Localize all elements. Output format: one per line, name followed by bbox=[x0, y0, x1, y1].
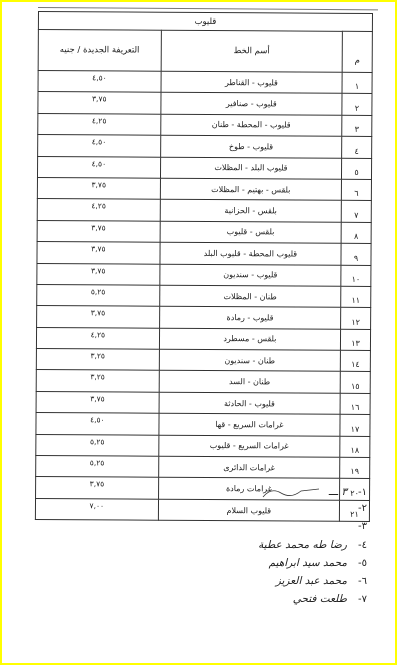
line-name: بلقس - مسطرد bbox=[159, 328, 341, 350]
column-header-line-name: أسم الخط bbox=[161, 30, 343, 72]
row-number: ٤ bbox=[342, 136, 372, 158]
row-number: ٧ bbox=[341, 201, 371, 223]
fare-value: ٣,٧٥ bbox=[36, 391, 159, 413]
signature-number: ٦- bbox=[353, 576, 367, 587]
table-row: ١قليوب - القناطر٤,٥٠ bbox=[38, 70, 372, 93]
line-name: غرامات الدائرى bbox=[158, 456, 340, 478]
signature-scribble-icon bbox=[261, 485, 321, 499]
row-number: ١٢ bbox=[341, 308, 371, 330]
fare-value: ٤,٢٥ bbox=[38, 113, 161, 135]
handwritten-signature: طلعت فتحي bbox=[293, 593, 347, 605]
table-row: ٤قليوب - طوخ٤,٥٠ bbox=[38, 135, 372, 158]
signature-line: ١-٣ ـــ bbox=[167, 485, 367, 503]
row-number: ٩ bbox=[341, 243, 371, 265]
row-number: ١٩ bbox=[340, 457, 370, 479]
row-number: ١ bbox=[342, 72, 372, 94]
table-row: ١٨غرامات السريع - قليوب٥,٢٥ bbox=[36, 434, 370, 457]
line-name: قليوب - رمادة bbox=[159, 306, 341, 328]
fare-value: ٥,٢٥ bbox=[37, 284, 160, 306]
row-number: ٣ bbox=[342, 115, 372, 137]
row-number: ٢ bbox=[342, 94, 372, 116]
handwritten-signature: ٣ ـــ bbox=[329, 486, 347, 498]
fare-value: ٣,٢٥ bbox=[36, 349, 159, 371]
line-name: بلقس - الحزانية bbox=[160, 200, 342, 222]
signature-number: ٧- bbox=[353, 594, 367, 605]
line-name: قليوب - القناطر bbox=[161, 71, 343, 93]
column-header-number: م bbox=[342, 31, 372, 72]
line-name: قليوب - الحادثة bbox=[159, 392, 341, 414]
table-row: ٧بلقس - الحزانية٤,٢٥ bbox=[37, 199, 371, 222]
fare-value: ٣,٧٥ bbox=[37, 177, 160, 199]
line-name: بلقس - بهتيم - المظلات bbox=[160, 178, 342, 200]
fare-value: ٥,٢٥ bbox=[36, 455, 159, 477]
row-number: ١١ bbox=[341, 286, 371, 308]
signature-number: ٣- bbox=[353, 521, 367, 532]
line-name: قليوب - صنافير bbox=[161, 93, 343, 115]
table-row: ١٢قليوب - رمادة٣,٧٥ bbox=[37, 306, 371, 329]
fare-value: ٤,٥٠ bbox=[38, 70, 161, 92]
fare-value: ٤,٢٥ bbox=[37, 199, 160, 221]
line-name: غرامات السريع - قها bbox=[159, 413, 341, 435]
fare-value: ٣,٧٥ bbox=[38, 92, 161, 114]
row-number: ١٤ bbox=[340, 350, 370, 372]
table-title: قليوب bbox=[38, 11, 372, 31]
column-header-new-fare: التعريفة الجديدة / جنيه bbox=[38, 29, 161, 71]
fare-value: ٣,٧٥ bbox=[37, 263, 160, 285]
table-row: ٨بلقس - قليوب٣,٧٥ bbox=[37, 220, 371, 243]
table-row: ٥قليوب البلد - المظلات٤,٥٠ bbox=[37, 156, 371, 179]
signature-number: ٢- bbox=[353, 503, 367, 514]
line-name: طنان - سنديون bbox=[159, 349, 341, 371]
row-number: ٦ bbox=[341, 179, 371, 201]
row-number: ٥ bbox=[342, 158, 372, 180]
fare-table: قليوب م أسم الخط التعريفة الجديدة / جنيه… bbox=[35, 11, 373, 522]
fare-value: ٤,٥٠ bbox=[38, 135, 161, 157]
row-number: ١٠ bbox=[341, 265, 371, 287]
row-number: ١٨ bbox=[340, 436, 370, 458]
line-name: طنان - المظلات bbox=[159, 285, 341, 307]
table-row: ٢قليوب - صنافير٣,٧٥ bbox=[38, 92, 372, 115]
fare-value: ٤,٢٥ bbox=[36, 327, 159, 349]
fare-value: ٧,٠٠ bbox=[35, 498, 158, 520]
fare-value: ٥,٢٥ bbox=[36, 434, 159, 456]
line-name: غرامات السريع - قليوب bbox=[158, 435, 340, 457]
signature-number: ٤- bbox=[353, 540, 367, 551]
fare-value: ٤,٥٠ bbox=[36, 413, 159, 435]
handwritten-signature: محمد سيد ابراهيم bbox=[269, 557, 347, 569]
table-row: ١١طنان - المظلات٥,٢٥ bbox=[37, 284, 371, 307]
line-name: بلقس - قليوب bbox=[160, 221, 342, 243]
table-row: ٦بلقس - بهتيم - المظلات٣,٧٥ bbox=[37, 177, 371, 200]
line-name: قليوب - المحطة - طنان bbox=[160, 114, 342, 136]
handwritten-signature: محمد عبد العزيز bbox=[276, 575, 347, 587]
line-name: طنان - السد bbox=[159, 371, 341, 393]
line-name: قليوب - سنديون bbox=[159, 264, 341, 286]
signature-line: ٤-رضا طه محمد عطية bbox=[167, 539, 367, 557]
fare-value: ٣,٢٥ bbox=[36, 370, 159, 392]
table-row: ١٦قليوب - الحادثة٣,٧٥ bbox=[36, 391, 370, 414]
row-number: ٨ bbox=[341, 222, 371, 244]
fare-value: ٣,٧٥ bbox=[37, 220, 160, 242]
signature-number: ٥- bbox=[353, 558, 367, 569]
table-row: ٩قليوب المحطة - قليوب البلد٣,٧٥ bbox=[37, 242, 371, 265]
row-number: ١٧ bbox=[340, 415, 370, 437]
signature-number: ١- bbox=[353, 487, 367, 498]
line-name: قليوب - طوخ bbox=[160, 135, 342, 157]
row-number: ١٣ bbox=[341, 329, 371, 351]
signature-line: ٥-محمد سيد ابراهيم bbox=[167, 557, 367, 575]
row-number: ١٦ bbox=[340, 393, 370, 415]
table-row: ١٤طنان - سنديون٣,٢٥ bbox=[36, 349, 370, 372]
line-name: قليوب البلد - المظلات bbox=[160, 157, 342, 179]
table-row: ١٠قليوب - سنديون٣,٧٥ bbox=[37, 263, 371, 286]
table-row: ٣قليوب - المحطة - طنان٤,٢٥ bbox=[38, 113, 372, 136]
fare-value: ٣,٧٥ bbox=[36, 477, 159, 499]
signature-block: ١-٣ ـــ٢-٣-٤-رضا طه محمد عطية٥-محمد سيد … bbox=[167, 485, 367, 611]
signature-line: ٧-طلعت فتحي bbox=[167, 593, 367, 611]
handwritten-signature: رضا طه محمد عطية bbox=[258, 539, 347, 551]
table-row: ١٩غرامات الدائرى٥,٢٥ bbox=[36, 455, 370, 478]
signature-line: ٢- bbox=[167, 503, 367, 521]
table-body: ١قليوب - القناطر٤,٥٠٢قليوب - صنافير٣,٧٥٣… bbox=[35, 70, 372, 521]
fare-value: ٣,٧٥ bbox=[37, 306, 160, 328]
line-name: قليوب المحطة - قليوب البلد bbox=[160, 242, 342, 264]
table-row: ١٧غرامات السريع - قها٤,٥٠ bbox=[36, 413, 370, 436]
fare-value: ٣,٧٥ bbox=[37, 242, 160, 264]
table-row: ١٥طنان - السد٣,٢٥ bbox=[36, 370, 370, 393]
fare-value: ٤,٥٠ bbox=[37, 156, 160, 178]
signature-line: ٦-محمد عبد العزيز bbox=[167, 575, 367, 593]
row-number: ١٥ bbox=[340, 372, 370, 394]
table-row: ١٣بلقس - مسطرد٤,٢٥ bbox=[36, 327, 370, 350]
signature-line: ٣- bbox=[167, 521, 367, 539]
